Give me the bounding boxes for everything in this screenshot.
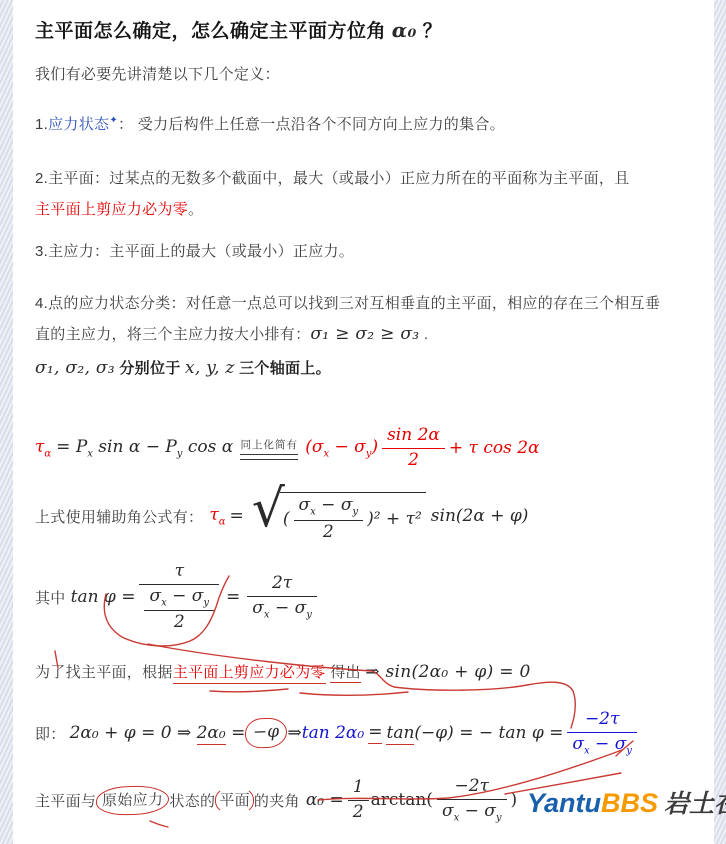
f1-note: 同上化简有 xyxy=(240,437,298,452)
watermark-chinese: 岩土在线 xyxy=(664,790,726,818)
title-question-mark: ？ xyxy=(417,21,442,42)
f3-label: 其中 xyxy=(35,587,66,608)
circled-minus-phi: −φ xyxy=(245,717,288,748)
title-math-alpha0: α₀ xyxy=(392,18,417,42)
item1-text: ： 受力后构件上任意一点沿各个不同方向上应力的集合。 xyxy=(118,116,505,133)
last-post: 的夹角 xyxy=(254,790,300,811)
formula-tau-alpha: τα = Px sin α − Py cos α 同上化简有 (σx − σy)… xyxy=(35,426,540,470)
conclusion-line: 主平面与原始应力状态的平面的夹角 α₀ = 1 2 arctan( −2τ σx… xyxy=(35,777,517,823)
title-text: 主平面怎么确定，怎么确定主平面方位角 xyxy=(35,21,392,42)
page-title: 主平面怎么确定，怎么确定主平面方位角 α₀ ？ xyxy=(35,16,442,43)
sigma-line-bold2: 三个轴面上。 xyxy=(235,360,331,377)
arctan-fraction: −2τ σx − σy xyxy=(437,777,507,823)
last-alpha0-equals: α₀ = xyxy=(306,790,344,810)
arctan-open: arctan( xyxy=(371,790,433,810)
item4-line1: 4.点的应力状态分类：对任意一点总可以找到三对互相垂直的主平面，相应的存在三个相… xyxy=(35,295,660,312)
ji-arrow: ⇒ xyxy=(288,723,302,743)
f2-sin-term: sin(2α + φ) xyxy=(431,506,529,526)
hand-stroke-underline-red-text xyxy=(210,689,288,692)
arctan-close: ) xyxy=(511,790,518,810)
item4-line2: 直的主应力，将三个主应力按大小排有： xyxy=(35,326,310,343)
ji-math1: 2α₀ + φ = 0 ⇒ 2α₀ = xyxy=(70,723,246,743)
f3-tanphi: tan φ = xyxy=(71,587,136,607)
ji-blue-tan2alpha0: tan 2α₀ xyxy=(302,723,364,743)
underlined-tan: tan xyxy=(386,723,414,745)
definition-item-3: 3.主应力：主平面上的最大（或最小）正应力。 xyxy=(35,240,354,261)
definition-item-1: 1.应力状态✦： 受力后构件上任意一点沿各个不同方向上应力的集合。 xyxy=(35,113,505,134)
f3-nested-fraction: σx − σy 2 xyxy=(144,587,214,633)
item2-line1: 2.主平面：过某点的无数多个截面中，最大（或最小）正应力所在的平面称为主平面，且 xyxy=(35,170,630,187)
f1-red-tail: + τ cos 2α xyxy=(449,438,540,458)
item2-period: 。 xyxy=(188,201,203,218)
double-equals-bar xyxy=(240,454,298,460)
left-texture-border xyxy=(0,0,13,844)
f1-red-sigma: (σx − σy) xyxy=(305,437,378,459)
ji-label: 即： xyxy=(35,723,66,744)
f2-inner-fraction: σx − σy 2 xyxy=(294,496,364,542)
item2-red-text: 主平面上剪应力必为零 xyxy=(35,201,188,218)
f1-tau: τα xyxy=(35,437,51,459)
radical-sign: √ xyxy=(252,483,285,535)
item4-post: . xyxy=(419,326,428,343)
sigma-list: σ₁, σ₂, σ₃ xyxy=(35,358,115,378)
definition-item-2: 2.主平面：过某点的无数多个截面中，最大（或最小）正应力所在的平面称为主平面，且… xyxy=(35,163,707,225)
item1-number: 1. xyxy=(35,116,48,133)
ji-underlined-equals: = xyxy=(368,722,382,744)
sigma-line-bold1: 分别位于 xyxy=(115,360,185,377)
find-mid: 得出 xyxy=(330,664,361,683)
f3-equals2: = xyxy=(226,587,240,607)
ji-math2: tan(−φ) = − tan φ = xyxy=(386,723,563,743)
underlined-2alpha0: 2α₀ xyxy=(197,723,226,745)
f1-annotated-equals: 同上化简有 xyxy=(240,437,298,460)
derivation-line: 即： 2α₀ + φ = 0 ⇒ 2α₀ = −φ ⇒ tan 2α₀ = ta… xyxy=(35,710,641,756)
intro-paragraph: 我们有必要先讲清楚以下几个定义： xyxy=(35,63,280,84)
f2-radicand: ( σx − σy 2 )² + τ² xyxy=(280,492,426,542)
f2-tau: τα xyxy=(209,505,225,527)
hand-stroke-underline-dechu xyxy=(300,692,408,695)
stress-state-link[interactable]: 应力状态 xyxy=(48,116,109,133)
f2-label: 上式使用辅助角公式有： xyxy=(35,506,203,527)
f3-big-fraction: τ σx − σy 2 xyxy=(139,562,219,633)
f3-fraction2: 2τ σx − σy xyxy=(247,574,317,620)
formula-auxiliary-angle: 上式使用辅助角公式有： τα = √ ( σx − σy 2 )² + τ² s… xyxy=(35,490,528,542)
f2-equals: = xyxy=(229,506,243,526)
formula-tan-phi: 其中 tan φ = τ σx − σy 2 = 2τ σx − σy xyxy=(35,562,321,633)
find-pre: 为了找主平面，根据 xyxy=(35,664,173,681)
last-mid: 状态的 xyxy=(169,790,215,811)
arc-marked-plane: 平面 xyxy=(215,786,254,815)
find-red-condition: 主平面上剪应力必为零 xyxy=(173,664,326,684)
watermark-bbs: BBS xyxy=(601,788,658,818)
watermark-yantu: Yantu xyxy=(527,788,601,818)
xyz-list: x, y, z xyxy=(185,358,235,378)
find-math: ⇒ sin(2α₀ + φ) = 0 xyxy=(365,662,530,682)
f2-square-root: √ ( σx − σy 2 )² + τ² xyxy=(252,490,426,542)
right-texture-border xyxy=(714,0,726,844)
ji-blue-fraction: −2τ σx − σy xyxy=(567,710,637,756)
document-page: 主平面怎么确定，怎么确定主平面方位角 α₀ ？ 我们有必要先讲清楚以下几个定义：… xyxy=(0,0,726,844)
last-pre1: 主平面与 xyxy=(35,790,96,811)
footnote-star-icon[interactable]: ✦ xyxy=(109,115,118,126)
circled-original-stress: 原始应力 xyxy=(96,785,170,815)
yantubbs-watermark-logo: YantuBBS岩土在线 xyxy=(527,784,726,820)
find-plane-line: 为了找主平面，根据主平面上剪应力必为零 得出 ⇒ sin(2α₀ + φ) = … xyxy=(35,661,531,682)
f1-black-part: = Px sin α − Py cos α xyxy=(56,437,233,459)
f1-red-fraction: sin 2α 2 xyxy=(382,426,445,470)
one-half-fraction: 1 2 xyxy=(348,778,369,822)
definition-item-4: 4.点的应力状态分类：对任意一点总可以找到三对互相垂直的主平面，相应的存在三个相… xyxy=(35,288,707,350)
item4-sigma-order: σ₁ ≥ σ₂ ≥ σ₃ xyxy=(310,324,419,344)
sigma-axes-line: σ₁, σ₂, σ₃ 分别位于 x, y, z 三个轴面上。 xyxy=(35,357,331,378)
